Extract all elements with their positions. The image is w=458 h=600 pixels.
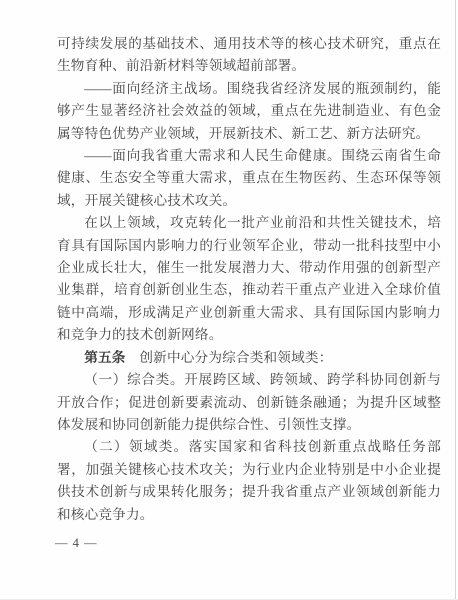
paragraph-industry-summary: 在以上领域，攻克转化一批产业前沿和共性关键技术，培育具有国际国内影响力的行业领军… <box>57 212 441 346</box>
paragraph-carryover: 可持续发展的基础技术、通用技术等的核心技术研究，重点在生物育种、前沿新材料等领域… <box>57 33 441 78</box>
paragraph-text: 可持续发展的基础技术、通用技术等的核心技术研究，重点在生物育种、前沿新材料等领域… <box>57 36 441 73</box>
paragraph-article-5: 第五条 创新中心分为综合类和领域类： <box>57 347 441 369</box>
paragraph-category-comprehensive: （一）综合类。开展跨区域、跨领域、跨学科协同创新与开放合作；促进创新要素流动、创… <box>57 369 441 436</box>
document-body-text: 可持续发展的基础技术、通用技术等的核心技术研究，重点在生物育种、前沿新材料等领域… <box>57 33 441 526</box>
paragraph-economy-battlefield: ——面向经济主战场。围绕我省经济发展的瓶颈制约，能够产生显著经济社会效益的领域，… <box>57 78 441 145</box>
paragraph-health-needs: ——面向我省重大需求和人民生命健康。围绕云南省生命健康、生态安全等重大需求，重点… <box>57 145 441 212</box>
page-right-edge-line <box>455 0 456 600</box>
article-number-label: 第五条 <box>84 350 125 365</box>
paragraph-text: ——面向我省重大需求和人民生命健康。围绕云南省生命健康、生态安全等重大需求，重点… <box>57 148 441 208</box>
paragraph-category-domain: （二）领域类。落实国家和省科技创新重点战略任务部署，加强关键核心技术攻关；为行业… <box>57 436 441 526</box>
paragraph-text: 在以上领域，攻克转化一批产业前沿和共性关键技术，培育具有国际国内影响力的行业领军… <box>57 215 441 342</box>
paragraph-text: （一）综合类。开展跨区域、跨领域、跨学科协同创新与开放合作；促进创新要素流动、创… <box>57 372 441 432</box>
paragraph-text: ——面向经济主战场。围绕我省经济发展的瓶颈制约，能够产生显著经济社会效益的领域，… <box>57 81 441 141</box>
article-text: 创新中心分为综合类和领域类： <box>126 350 333 365</box>
page-number: — 4 — <box>55 536 98 551</box>
document-page: 可持续发展的基础技术、通用技术等的核心技术研究，重点在生物育种、前沿新材料等领域… <box>0 0 458 600</box>
paragraph-text: （二）领域类。落实国家和省科技创新重点战略任务部署，加强关键核心技术攻关；为行业… <box>57 439 441 521</box>
